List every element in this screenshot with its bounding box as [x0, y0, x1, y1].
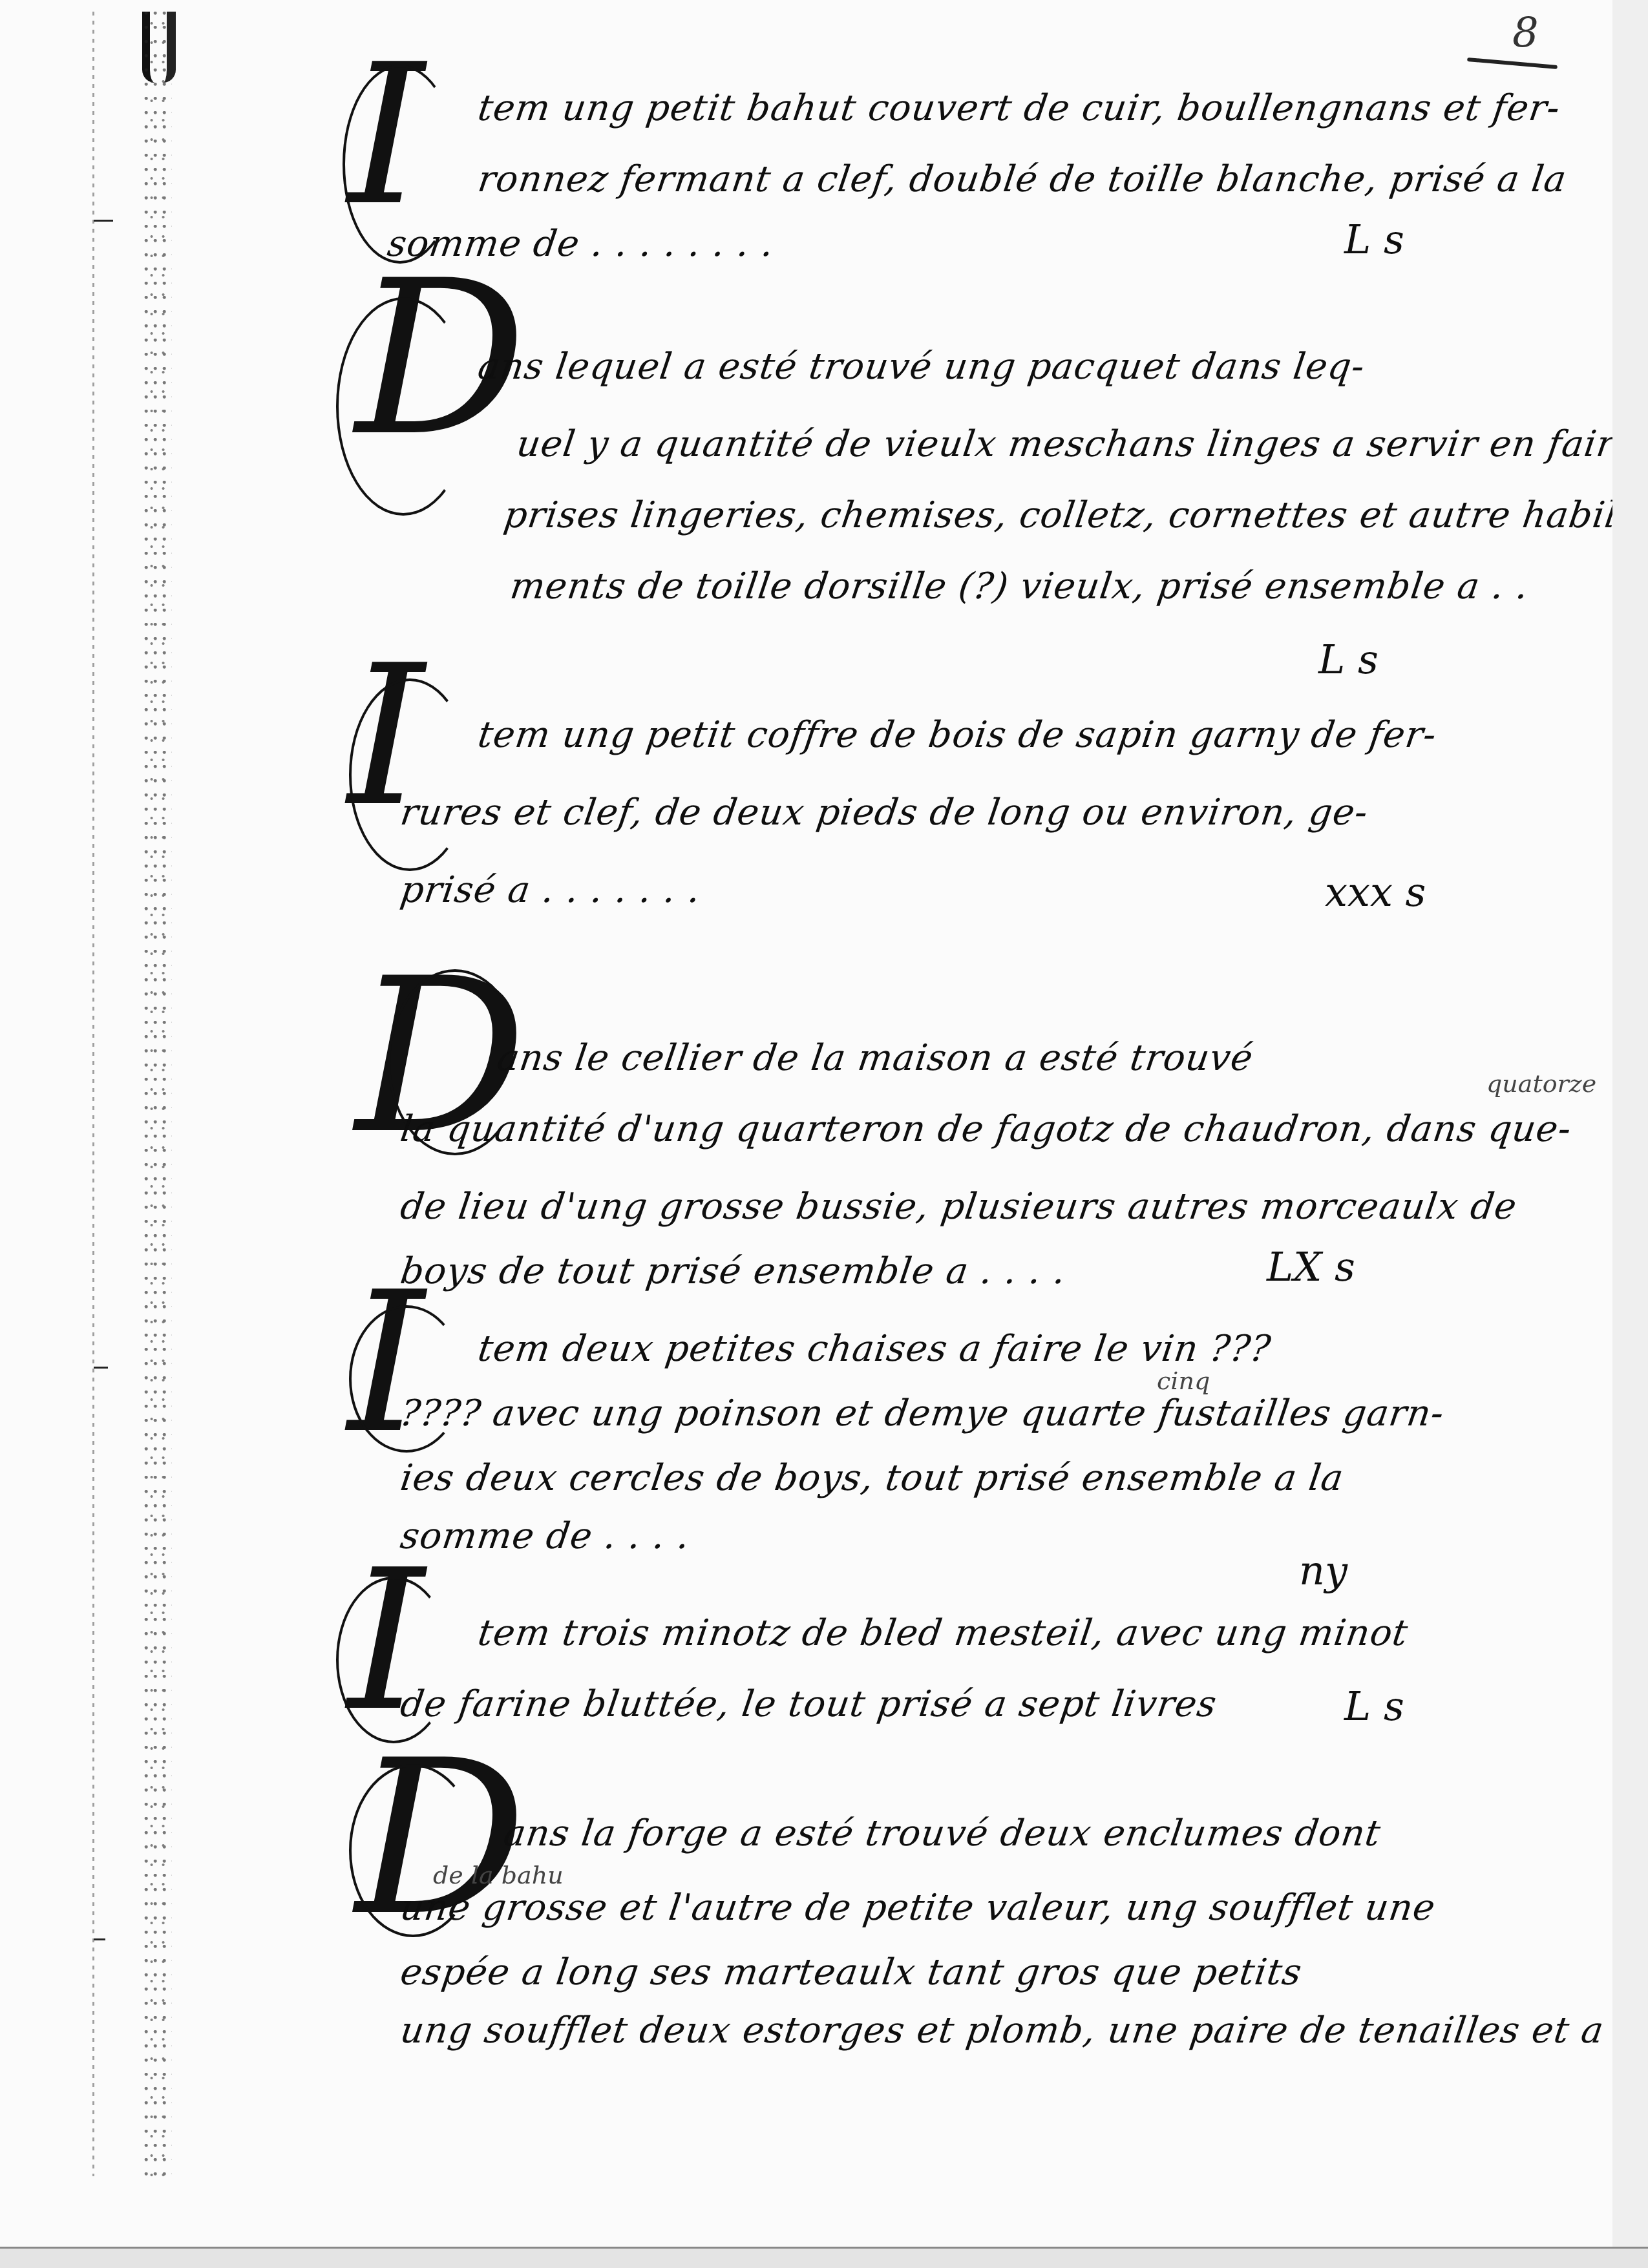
entry-line: tem trois minotz de bled mesteil, avec u… [476, 1615, 1410, 1652]
folio-underline [1467, 58, 1558, 69]
interlinear-insertion: de la bahu [433, 1861, 564, 1889]
inventory-entry: I tem ung petit bahut couvert de cuir, b… [362, 84, 1577, 291]
binding-gutter-shadow [143, 12, 172, 2176]
entry-line: ments de toille dorsille (?) vieulx, pri… [508, 569, 1531, 605]
entry-line: ans le cellier de la maison a esté trouv… [495, 1040, 1256, 1076]
margin-tick-mark [94, 220, 113, 222]
margin-tick-mark [94, 1367, 108, 1369]
entry-amount: L s [1344, 1686, 1404, 1727]
inventory-entry: I tem trois minotz de bled mesteil, avec… [362, 1590, 1577, 1758]
entry-line: prises lingeries, chemises, colletz, cor… [502, 498, 1648, 534]
entry-line: tem deux petites chaises a faire le vin … [476, 1331, 1273, 1367]
entry-line: ans la forge a esté trouvé deux enclumes… [502, 1816, 1383, 1852]
entry-amount: L s [1344, 220, 1404, 260]
manuscript-page: 8 I tem ung petit bahut couvert de cuir,… [0, 0, 1612, 2249]
scan-edge-right [1612, 0, 1648, 2268]
interlinear-insertion: quatorze [1486, 1069, 1596, 1098]
entry-line: uel y a quantité de vieulx meschans ling… [514, 426, 1648, 463]
interlinear-insertion: cinq [1157, 1367, 1210, 1395]
entry-line: rures et clef, de deux pieds de long ou … [398, 795, 1370, 831]
entry-line: la quantité d'ung quarteron de fagotz de… [398, 1111, 1574, 1148]
entry-line: une grosse et l'autre de petite valeur, … [398, 1890, 1437, 1926]
entry-line: boys de tout prisé ensemble a . . . . [398, 1254, 1068, 1290]
entry-amount: ny [1299, 1551, 1347, 1591]
inventory-entry: D ans le cellier de la maison a esté tro… [362, 1008, 1577, 1299]
inventory-entry: I tem deux petites chaises a faire le vi… [362, 1312, 1577, 1583]
entry-line: ronnez fermant a clef, doublé de toille … [476, 162, 1569, 198]
binding-margin-line [92, 12, 94, 2176]
initial-flourish [336, 297, 470, 516]
entry-line: de lieu d'ung grosse bussie, plusieurs a… [398, 1189, 1519, 1225]
margin-tick-mark [94, 1938, 105, 1940]
entry-amount: xxx s [1325, 872, 1426, 912]
inventory-entry: I tem ung petit coffre de bois de sapin … [362, 685, 1577, 956]
entry-line: ies deux cercles de boys, tout prisé ens… [398, 1460, 1346, 1496]
inventory-entry: D ans la forge a esté trouvé deux enclum… [362, 1790, 1577, 2035]
entry-line: ung soufflet deux estorges et plomb, une… [398, 2013, 1606, 2049]
entry-line: ???? avec ung poinson et demye quarte fu… [398, 1396, 1446, 1432]
entry-line: prisé a . . . . . . . [398, 872, 703, 908]
entry-line: ans lequel a esté trouvé ung pacquet dan… [476, 349, 1367, 385]
initial-flourish [349, 678, 470, 871]
entry-amount: L s [1318, 640, 1379, 680]
folio-number: 8 [1512, 13, 1539, 54]
entry-amount: LX s [1267, 1247, 1355, 1287]
entry-line: tem ung petit coffre de bois de sapin ga… [476, 717, 1439, 753]
scan-edge-bottom [0, 2247, 1648, 2268]
entry-line: espée a long ses marteaulx tant gros que… [398, 1955, 1304, 1991]
inventory-entry: D ans lequel a esté trouvé ung pacquet d… [362, 310, 1577, 646]
entry-line: somme de . . . . [398, 1518, 692, 1555]
entry-line: tem ung petit bahut couvert de cuir, bou… [476, 90, 1562, 127]
